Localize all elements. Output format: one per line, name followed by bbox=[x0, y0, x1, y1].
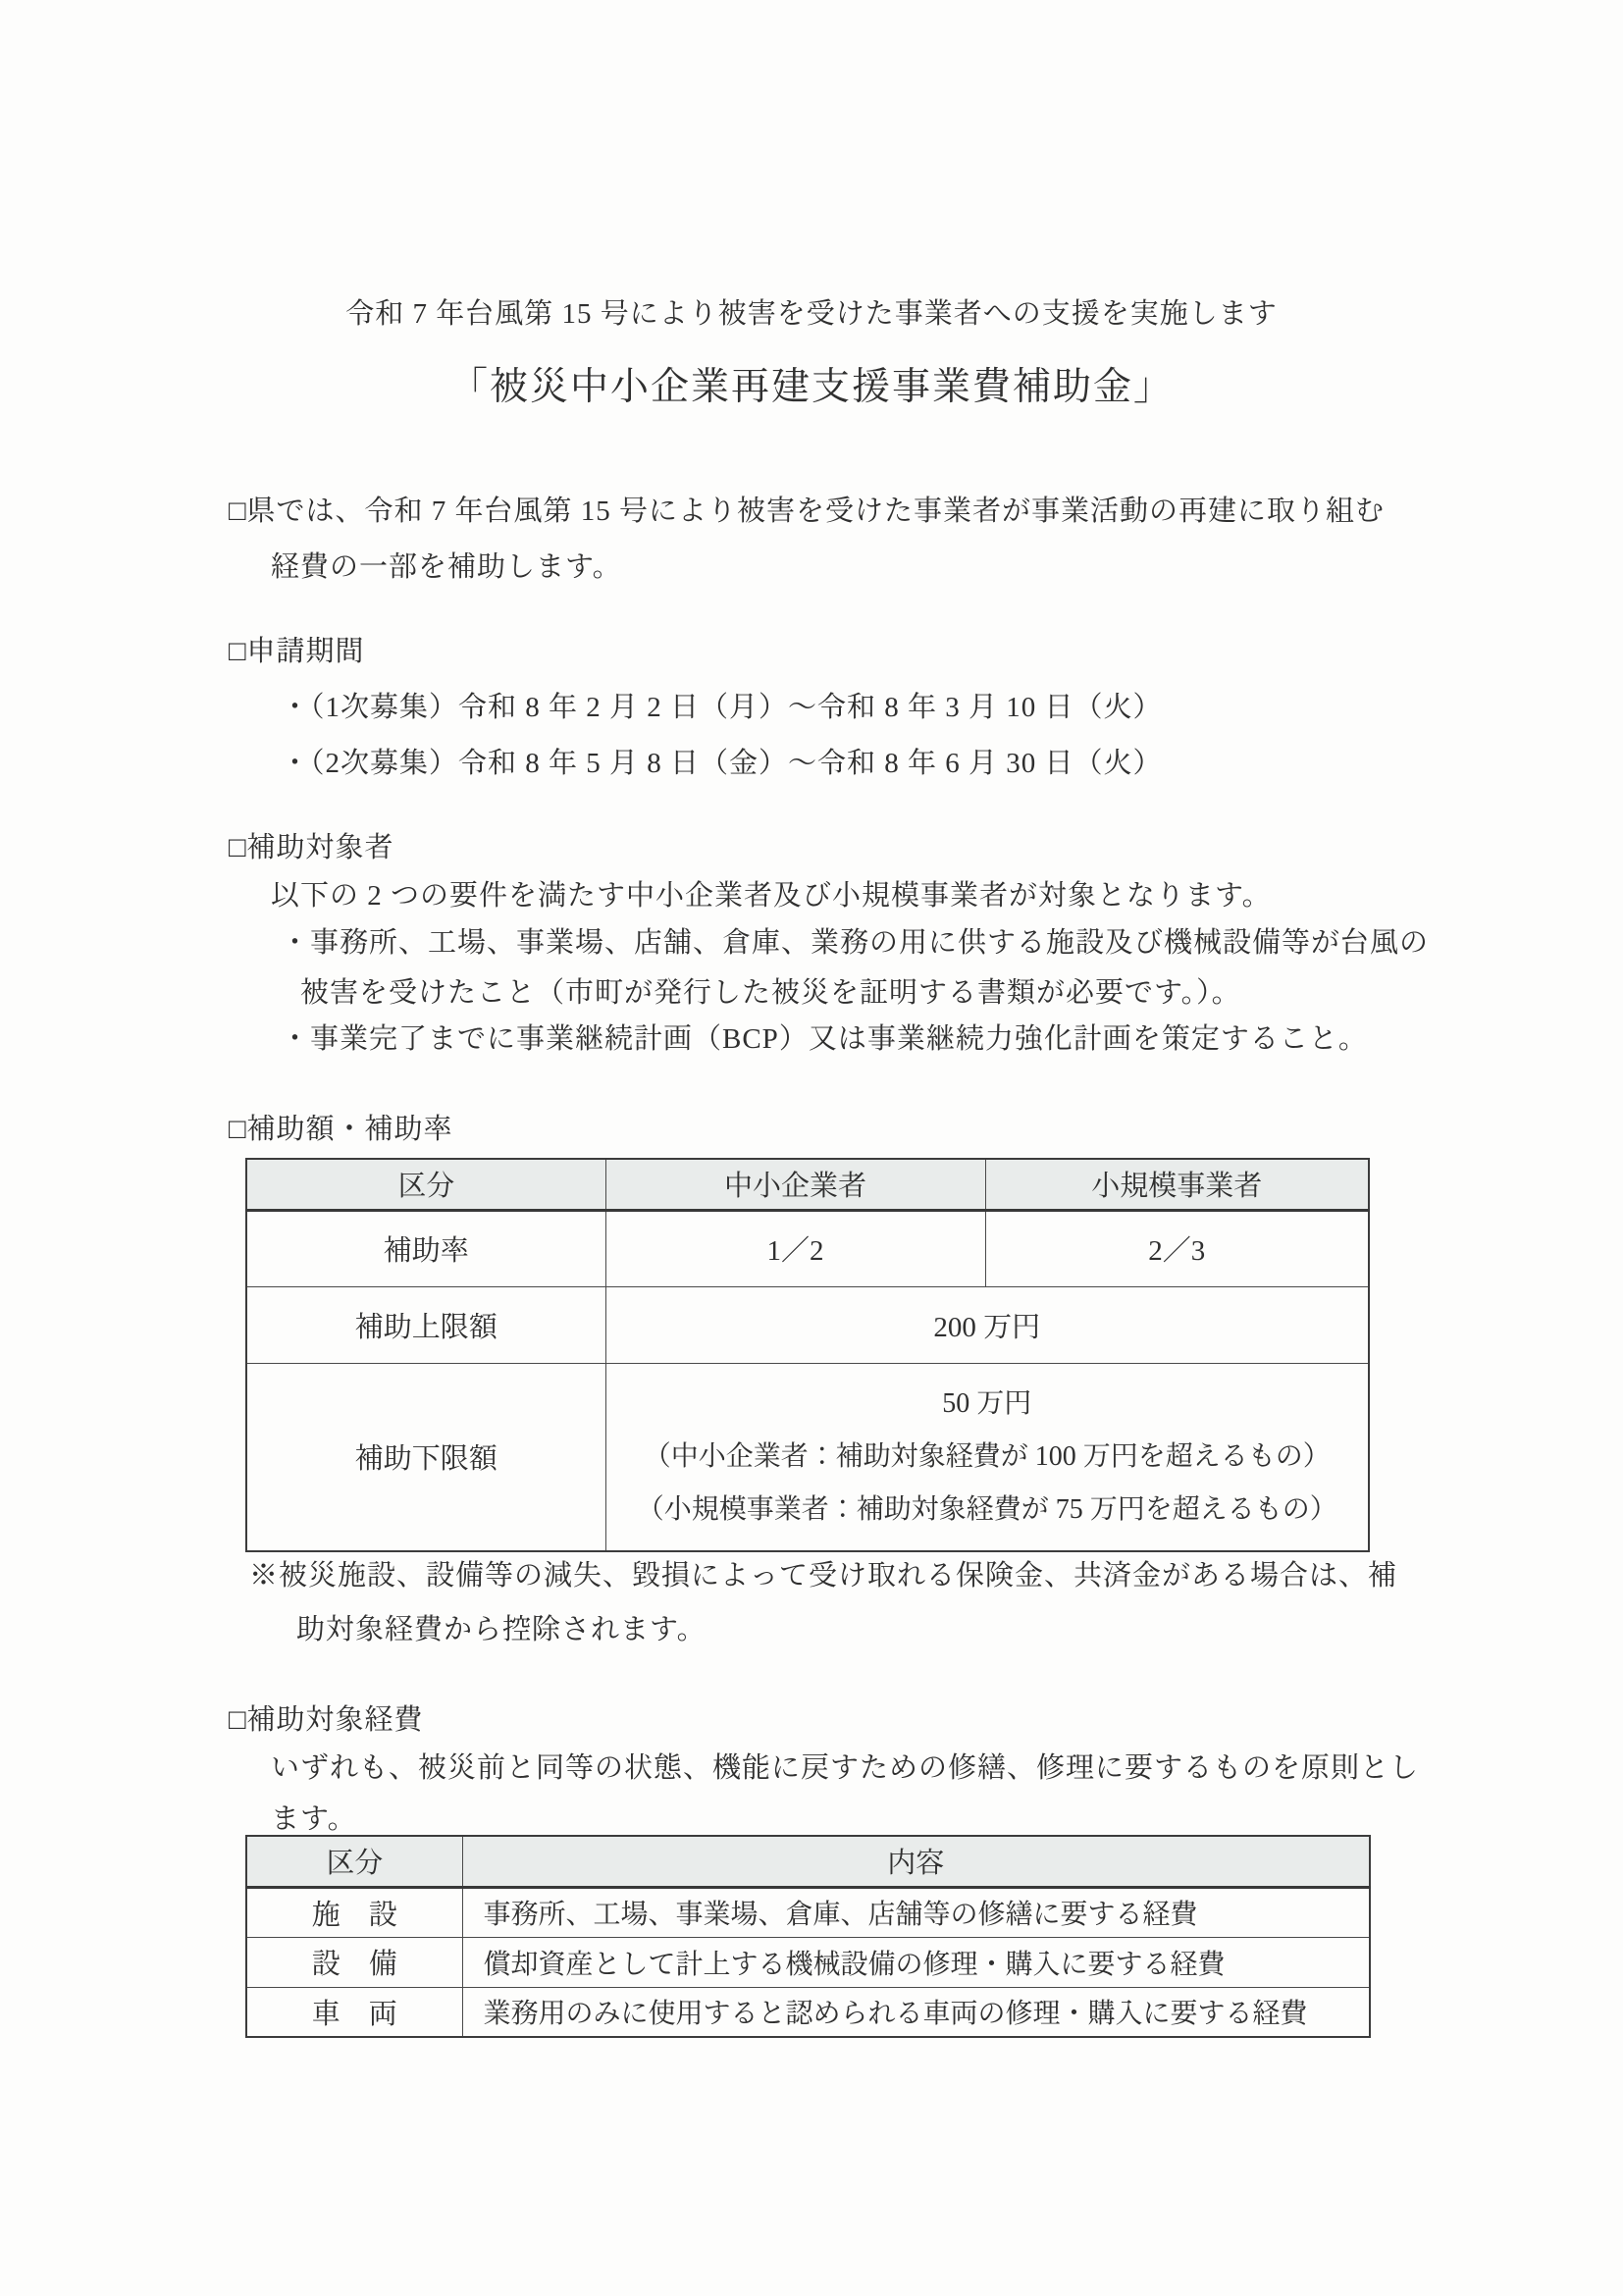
intro-line-1: □県では、令和 7 年台風第 15 号により被害を受けた事業者が事業活動の再建に… bbox=[229, 495, 1385, 529]
section-heading-subsidy-amount: □補助額・補助率 bbox=[229, 1113, 453, 1147]
section-heading-eligible-expenses: □補助対象経費 bbox=[229, 1703, 424, 1738]
eligible-expenses-table: 区分 内容 施 設 事務所、工場、事業場、倉庫、店舗等の修繕に要する経費 設 備… bbox=[245, 1835, 1371, 2038]
expenses-description-vehicles: 業務用のみに使用すると認められる車両の修理・購入に要する経費 bbox=[462, 1987, 1370, 2037]
subsidy-rate-sme-value: 1／2 bbox=[605, 1210, 985, 1286]
subsidy-header-category: 区分 bbox=[246, 1159, 605, 1210]
application-period-item-2: ・（2次募集）令和 8 年 5 月 8 日（金）～令和 8 年 6 月 30 日… bbox=[281, 747, 1163, 781]
expenses-row-equipment: 設 備 償却資産として計上する機械設備の修理・購入に要する経費 bbox=[246, 1937, 1370, 1987]
subsidy-rate-row: 補助率 1／2 2／3 bbox=[246, 1210, 1369, 1286]
subsidy-upper-limit-value: 200 万円 bbox=[605, 1286, 1369, 1363]
eligibility-bullet-1-line-1: ・事務所、工場、事業場、店舗、倉庫、業務の用に供する施設及び機械設備等が台風の bbox=[281, 926, 1429, 961]
application-period-item-1: ・（1次募集）令和 8 年 2 月 2 日（月）～令和 8 年 3 月 10 日… bbox=[281, 691, 1163, 725]
expenses-description-equipment: 償却資産として計上する機械設備の修理・購入に要する経費 bbox=[462, 1937, 1370, 1987]
subsidy-lower-limit-line-1: 50 万円 bbox=[606, 1378, 1369, 1431]
section-heading-application-period: □申請期間 bbox=[229, 635, 365, 669]
insurance-note-line-2: 助対象経費から控除されます。 bbox=[296, 1613, 707, 1647]
subsidy-lower-limit-row: 補助下限額 50 万円 （中小企業者：補助対象経費が 100 万円を超えるもの）… bbox=[246, 1363, 1369, 1551]
subsidy-upper-limit-label: 補助上限額 bbox=[246, 1286, 605, 1363]
subsidy-header-small-business: 小規模事業者 bbox=[985, 1159, 1369, 1210]
document-subtitle: 令和 7 年台風第 15 号により被害を受けた事業者への支援を実施します bbox=[0, 297, 1623, 332]
expenses-header-description: 内容 bbox=[462, 1836, 1370, 1887]
expenses-table-header-row: 区分 内容 bbox=[246, 1836, 1370, 1887]
expenses-category-facilities: 施 設 bbox=[246, 1887, 462, 1937]
expenses-row-vehicles: 車 両 業務用のみに使用すると認められる車両の修理・購入に要する経費 bbox=[246, 1987, 1370, 2037]
insurance-note-line-1: ※被災施設、設備等の減失、毀損によって受け取れる保険金、共済金がある場合は、補 bbox=[249, 1559, 1397, 1593]
subsidy-lower-limit-line-3: （小規模事業者：補助対象経費が 75 万円を超えるもの） bbox=[606, 1484, 1369, 1537]
subsidy-upper-limit-row: 補助上限額 200 万円 bbox=[246, 1286, 1369, 1363]
section-heading-eligibility: □補助対象者 bbox=[229, 831, 394, 865]
expenses-category-equipment: 設 備 bbox=[246, 1937, 462, 1987]
expenses-header-category: 区分 bbox=[246, 1836, 462, 1887]
eligibility-intro: 以下の 2 つの要件を満たす中小企業者及び小規模事業者が対象となります。 bbox=[271, 879, 1272, 913]
subsidy-rate-table: 区分 中小企業者 小規模事業者 補助率 1／2 2／3 補助上限額 200 万円… bbox=[245, 1158, 1370, 1552]
expenses-row-facilities: 施 設 事務所、工場、事業場、倉庫、店舗等の修繕に要する経費 bbox=[246, 1887, 1370, 1937]
document-title: 「被災中小企業再建支援事業費補助金」 bbox=[0, 365, 1623, 411]
scanned-document-page: 令和 7 年台風第 15 号により被害を受けた事業者への支援を実施します 「被災… bbox=[0, 0, 1623, 2296]
subsidy-header-sme: 中小企業者 bbox=[605, 1159, 985, 1210]
expenses-category-vehicles: 車 両 bbox=[246, 1987, 462, 2037]
subsidy-rate-label: 補助率 bbox=[246, 1210, 605, 1286]
eligibility-bullet-1-line-2: 被害を受けたこと（市町が発行した被災を証明する書類が必要です。）。 bbox=[300, 976, 1241, 1011]
expenses-description-facilities: 事務所、工場、事業場、倉庫、店舗等の修繕に要する経費 bbox=[462, 1887, 1370, 1937]
eligibility-bullet-2: ・事業完了までに事業継続計画（BCP）又は事業継続力強化計画を策定すること。 bbox=[281, 1022, 1368, 1057]
subsidy-lower-limit-label: 補助下限額 bbox=[246, 1363, 605, 1551]
expenses-intro-line-2: ます。 bbox=[271, 1802, 357, 1837]
intro-line-2: 経費の一部を補助します。 bbox=[271, 550, 622, 585]
subsidy-rate-small-value: 2／3 bbox=[985, 1210, 1369, 1286]
expenses-intro-line-1: いずれも、被災前と同等の状態、機能に戻すための修繕、修理に要するものを原則とし bbox=[271, 1751, 1419, 1786]
subsidy-lower-limit-value: 50 万円 （中小企業者：補助対象経費が 100 万円を超えるもの） （小規模事… bbox=[605, 1363, 1369, 1551]
subsidy-lower-limit-line-2: （中小企業者：補助対象経費が 100 万円を超えるもの） bbox=[606, 1431, 1369, 1484]
subsidy-table-header-row: 区分 中小企業者 小規模事業者 bbox=[246, 1159, 1369, 1210]
